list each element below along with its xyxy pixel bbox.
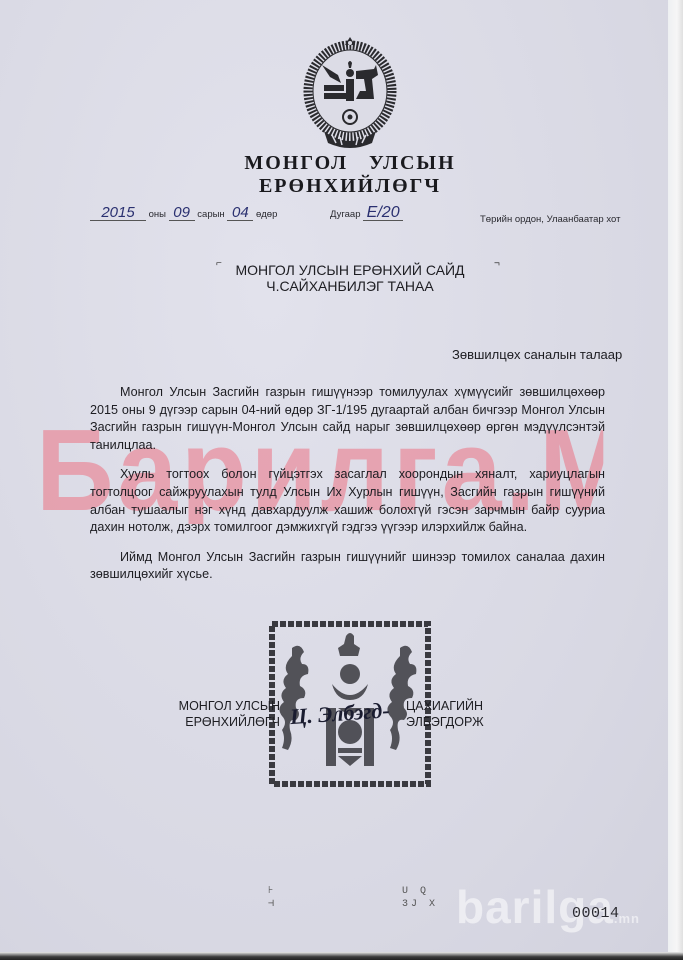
body-paragraph: Монгол Улсын Засгийн газрын гишүүнээр то…	[90, 384, 605, 454]
date-year: 2015	[90, 206, 146, 221]
perforation-mark-left: ⊦ ⊣	[268, 885, 277, 911]
signer-name-line-1: ЦАХИАГИЙН	[406, 698, 484, 714]
issuer-line-1: МОНГОЛ УЛСЫН	[200, 152, 500, 175]
perforation-mark: ⊣	[268, 898, 277, 911]
day-label: өдөр	[256, 209, 277, 220]
year-label: оны	[149, 209, 166, 220]
addressee-line-2: Ч.САЙХАНБИЛЭГ ТАНАА	[200, 278, 500, 294]
signer-title: МОНГОЛ УЛСЫН ЕРӨНХИЙЛӨГЧ	[168, 698, 280, 730]
state-emblem-icon	[296, 35, 404, 151]
number-label: Дугаар	[330, 209, 361, 220]
date-field: 2015 оны 09 сарын 04 өдөр	[90, 206, 277, 221]
signer-title-line-2: ЕРӨНХИЙЛӨГЧ	[168, 714, 280, 730]
issue-place: Төрийн ордон, Улаанбаатар хот	[480, 214, 620, 225]
subject-line: Зөвшилцөх саналын талаар	[452, 347, 622, 362]
date-day: 04	[227, 206, 253, 221]
body-paragraph: Иймд Монгол Улсын Засгийн газрын гишүүни…	[90, 549, 605, 584]
perforation-mark: U Q	[402, 885, 438, 898]
signer-name: ЦАХИАГИЙН ЭЛБЭГДОРЖ	[406, 698, 484, 730]
page-shadow	[0, 952, 683, 960]
letter-body: Монгол Улсын Засгийн газрын гишүүнээр то…	[90, 384, 605, 596]
issuer-title: МОНГОЛ УЛСЫН ЕРӨНХИЙЛӨГЧ	[200, 152, 500, 198]
month-label: сарын	[197, 209, 224, 220]
document-number-field: Дугаар E/20	[330, 206, 403, 221]
perforation-mark: ⊦	[268, 885, 277, 898]
date-month: 09	[169, 206, 195, 221]
addressee: МОНГОЛ УЛСЫН ЕРӨНХИЙ САЙД Ч.САЙХАНБИЛЭГ …	[200, 262, 500, 294]
page-edge	[668, 0, 683, 960]
perforation-mark-right: U Q 3J X	[402, 885, 438, 911]
signer-title-line-1: МОНГОЛ УЛСЫН	[168, 698, 280, 714]
issuer-line-2: ЕРӨНХИЙЛӨГЧ	[200, 175, 500, 198]
serial-number: 00014	[572, 905, 620, 922]
document-page: МОНГОЛ УЛСЫН ЕРӨНХИЙЛӨГЧ 2015 оны 09 сар…	[0, 0, 668, 952]
perforation-mark: 3J X	[402, 898, 438, 911]
document-number: E/20	[363, 206, 403, 221]
signer-name-line-2: ЭЛБЭГДОРЖ	[406, 714, 484, 730]
addressee-line-1: МОНГОЛ УЛСЫН ЕРӨНХИЙ САЙД	[200, 262, 500, 278]
body-paragraph: Хууль тогтоох болон гүйцэтгэх засаглал х…	[90, 466, 605, 536]
